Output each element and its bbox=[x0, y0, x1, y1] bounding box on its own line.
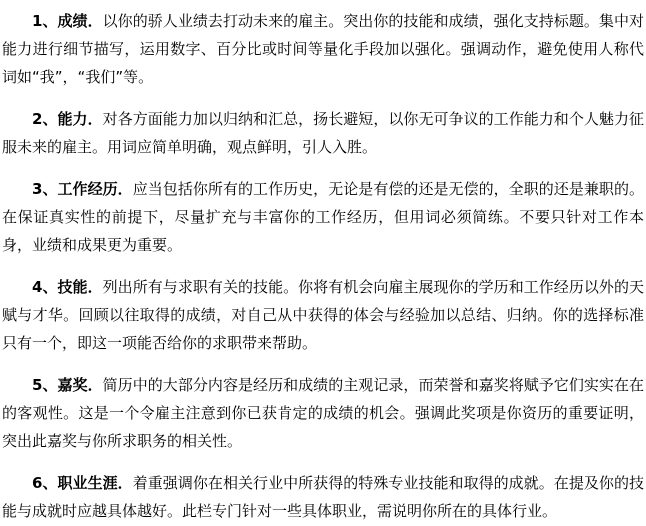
paragraph-abilities-heading: 2、能力． bbox=[32, 110, 103, 128]
paragraph-awards: 5、嘉奖．简历中的大部分内容是经历和成绩的主观记录，而荣誉和嘉奖将赋予它们实实在… bbox=[2, 371, 644, 455]
paragraph-achievements: 1、成绩．以你的骄人业绩去打动未来的雇主。突出你的技能和成绩，强化支持标题。集中… bbox=[2, 7, 644, 91]
paragraph-awards-heading: 5、嘉奖． bbox=[32, 376, 103, 394]
paragraph-career: 6、职业生涯．着重强调你在相关行业中所获得的特殊专业技能和取得的成就。在提及你的… bbox=[2, 469, 644, 525]
paragraph-abilities: 2、能力．对各方面能力加以归纳和汇总，扬长避短，以你无可争议的工作能力和个人魅力… bbox=[2, 105, 644, 161]
paragraph-work-history: 3、工作经历．应当包括你所有的工作历史，无论是有偿的还是无偿的，全职的还是兼职的… bbox=[2, 175, 644, 259]
paragraph-work-history-heading: 3、工作经历． bbox=[32, 180, 133, 198]
paragraph-achievements-heading: 1、成绩． bbox=[32, 12, 103, 30]
document-page: 1、成绩．以你的骄人业绩去打动未来的雇主。突出你的技能和成绩，强化支持标题。集中… bbox=[0, 0, 646, 526]
paragraph-skills: 4、技能．列出所有与求职有关的技能。你将有机会向雇主展现你的学历和工作经历以外的… bbox=[2, 273, 644, 357]
paragraph-skills-heading: 4、技能． bbox=[32, 278, 103, 296]
paragraph-career-heading: 6、职业生涯． bbox=[32, 474, 133, 492]
